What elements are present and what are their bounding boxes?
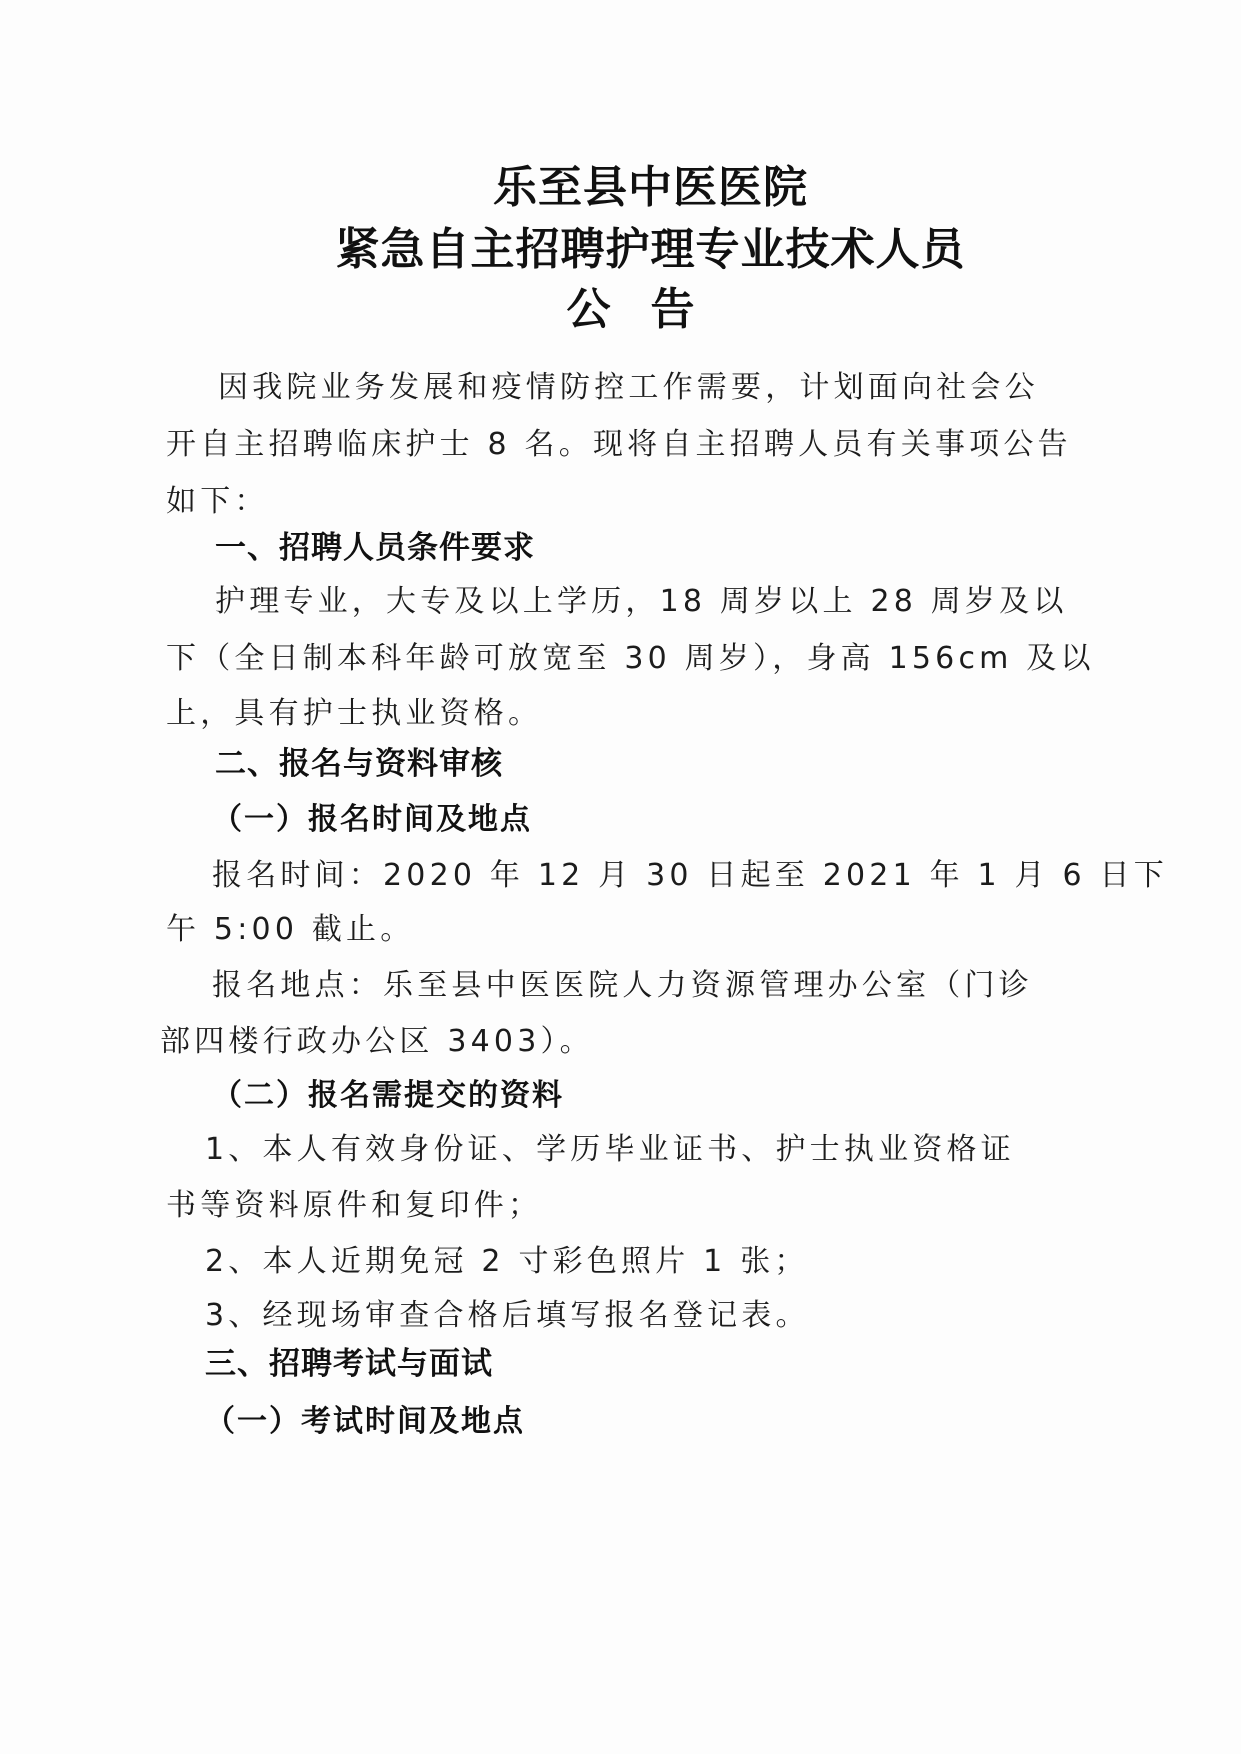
document-page: 乐至县中医医院 紧急自主招聘护理专业技术人员 公告 因我院业务发展和疫情防控工作…	[0, 0, 1241, 1754]
registration-place-line-2: 部四楼行政办公区 3403）。	[160, 1022, 594, 1062]
requirements-line-1: 护理专业，大专及以上学历，18 周岁以上 28 周岁及以	[215, 582, 1068, 622]
registration-place-line-1: 报名地点：乐至县中医医院人力资源管理办公室（门诊	[212, 966, 1033, 1006]
requirements-line-2: 下（全日制本科年龄可放宽至 30 周岁），身高 156cm 及以	[166, 639, 1095, 679]
requirements-line-3: 上，具有护士执业资格。	[166, 694, 542, 734]
section-heading-1: 一、招聘人员条件要求	[215, 528, 535, 568]
title-announcement: 公告	[30, 282, 1241, 338]
intro-line-3: 如下：	[166, 482, 269, 522]
materials-line-3: 2、本人近期免冠 2 寸彩色照片 1 张；	[205, 1242, 809, 1282]
intro-line-2: 开自主招聘临床护士 8 名。现将自主招聘人员有关事项公告	[166, 425, 1072, 465]
subsection-heading-2-2: （二）报名需提交的资料	[212, 1076, 564, 1116]
title-hospital-name: 乐至县中医医院	[30, 160, 1241, 216]
materials-line-4: 3、经现场审查合格后填写报名登记表。	[205, 1296, 810, 1336]
section-heading-2: 二、报名与资料审核	[215, 744, 503, 784]
materials-line-1: 1、本人有效身份证、学历毕业证书、护士执业资格证	[205, 1130, 1015, 1170]
subsection-heading-3-1: （一）考试时间及地点	[205, 1402, 525, 1442]
title-subject: 紧急自主招聘护理专业技术人员	[30, 222, 1241, 278]
registration-time-line-1: 报名时间：2020 年 12 月 30 日起至 2021 年 1 月 6 日下	[212, 856, 1168, 896]
intro-line-1: 因我院业务发展和疫情防控工作需要，计划面向社会公	[218, 368, 1039, 408]
subsection-heading-2-1: （一）报名时间及地点	[212, 800, 532, 840]
section-heading-3: 三、招聘考试与面试	[205, 1344, 493, 1384]
materials-line-2: 书等资料原件和复印件；	[166, 1186, 542, 1226]
registration-time-line-2: 午 5:00 截止。	[166, 910, 414, 950]
